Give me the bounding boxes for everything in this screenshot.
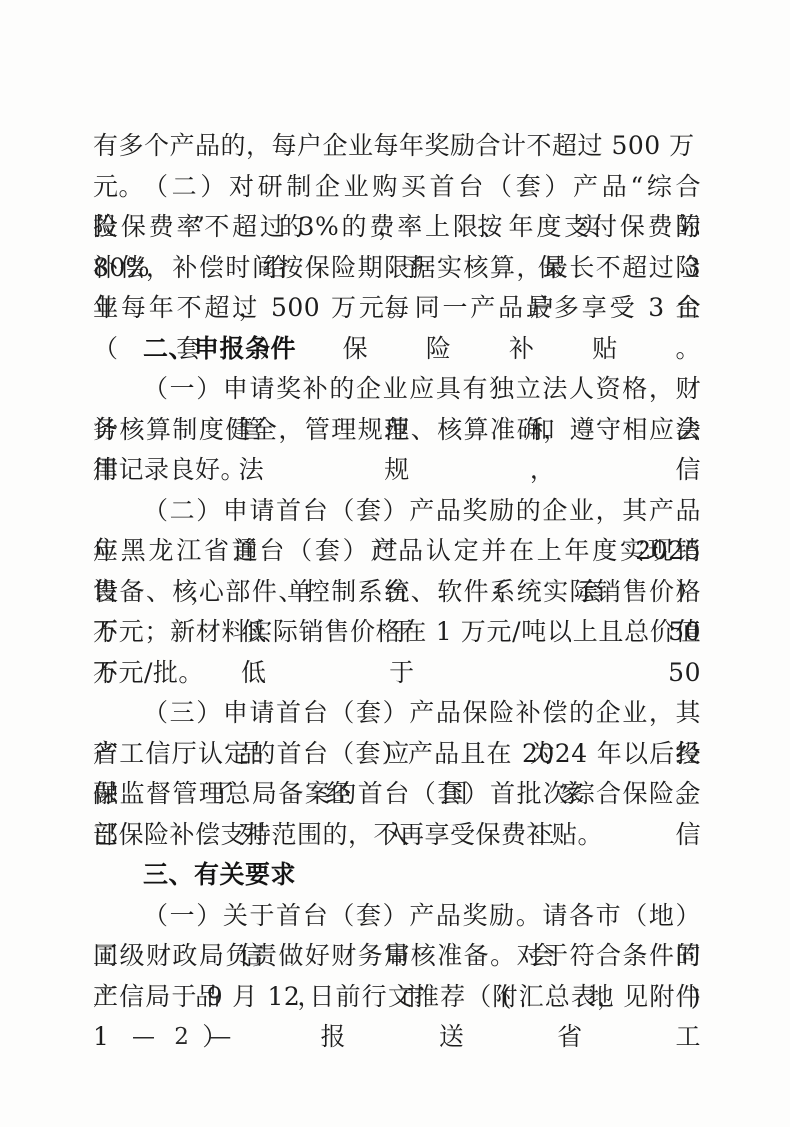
text-line: （二）申请首台（套）产品奖励的企业，其产品应通过 2025	[93, 491, 701, 532]
document-body: 有多个产品的，每户企业每年奖励合计不超过 500 万元。（二）对研制企业购买首台…	[93, 126, 701, 1017]
text-line: 投保费率不超过 3%的费率上限、年度支付保费的 80%给予保险	[93, 207, 701, 248]
text-line: 年黑龙江省首台（套）产品认定并在上年度实现销售，单台（套）	[93, 531, 701, 572]
page-number: — 2 —	[132, 1024, 237, 1050]
text-line: （一）关于首台（套）产品奖励。请各市（地）工信局会同	[93, 896, 701, 937]
text-line: 万元；新材料实际销售价格在 1 万元/吨以上且总价值不低于 50	[93, 612, 701, 653]
text-line: 设备、核心部件、控制系统、软件系统实际销售价格不低于 50	[93, 572, 701, 613]
text-line: 业每年不超过 500 万元。同一产品最多享受 3 台（套）保险补贴。	[93, 288, 701, 329]
text-line: 有多个产品的，每户企业每年奖励合计不超过 500 万元。	[93, 126, 701, 167]
text-line: （三）申请首台（套）产品保险补偿的企业，其产品应为经	[93, 693, 701, 734]
text-line: 省工信厅认定的首台（套）产品且在 2024 年以后投保了经国家金	[93, 734, 701, 775]
text-line: （一）申请奖补的企业应具有独立法人资格，财务管理和会	[93, 369, 701, 410]
text-line: 工信局于 9 月 12 日前行文推荐（附汇总表，见附件 1）报送省工	[93, 977, 701, 1018]
document-page: 有多个产品的，每户企业每年奖励合计不超过 500 万元。（二）对研制企业购买首台…	[0, 0, 790, 1127]
text-line: 融监督管理总局备案的首台（套）首批次综合保险。已列入工信	[93, 774, 701, 815]
text-line: （二）对研制企业购买首台（套）产品“综合险”的，按实际	[93, 167, 701, 208]
section-heading: 三、有关要求	[93, 855, 701, 896]
text-line: 补偿，补偿时间按保险期限据实核算，最长不超过 3 年，每户企	[93, 248, 701, 289]
text-line: 计核算制度健全，管理规范、核算准确，遵守相应法律法规，信	[93, 410, 701, 451]
text-line: 同级财政局负责做好财务审核准备。对于符合条件的产品，市(地)	[93, 936, 701, 977]
